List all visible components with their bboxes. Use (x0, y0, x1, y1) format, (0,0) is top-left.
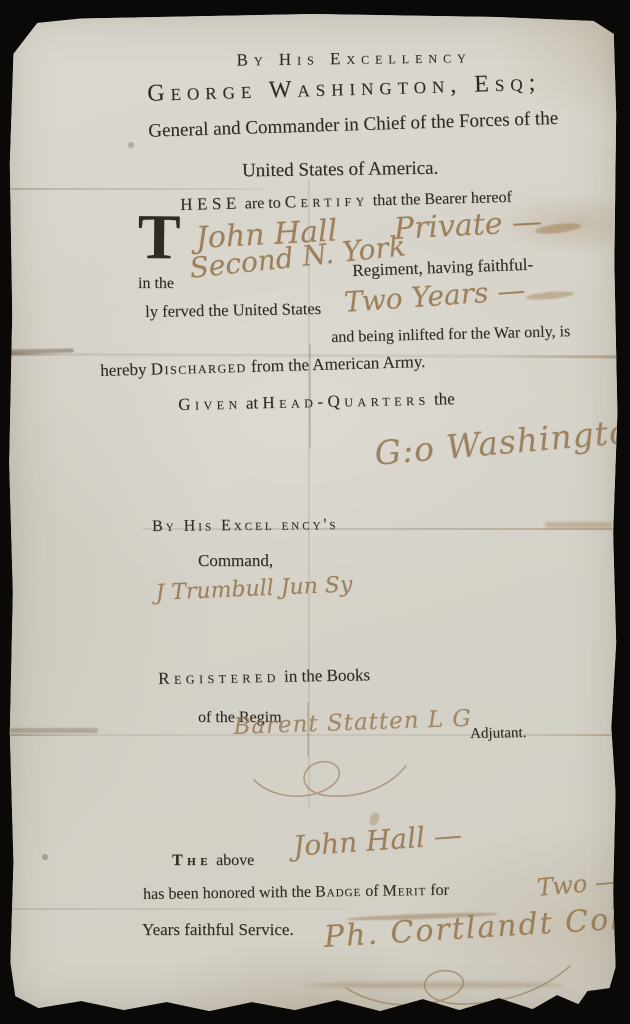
fold-crease-stain (545, 522, 612, 528)
the-word: the (434, 389, 455, 408)
given-word: Given (178, 394, 242, 414)
in-the-label: in the (138, 275, 174, 293)
are-to-text: are to (245, 195, 281, 213)
the-word-badge: The (172, 852, 212, 869)
command-line: Command, (198, 551, 273, 571)
discharged-line: hereby Discharged from the American Army… (100, 352, 426, 381)
george-washington-line: George Washington, Esq; (103, 69, 586, 109)
given-headquarters-line: Given at Head-Quarters the (178, 389, 455, 415)
hese-text: HESE (180, 194, 241, 214)
photograph-background: By His Excellency George Washington, Esq… (0, 0, 630, 1024)
fold-crease (8, 908, 350, 910)
the-above-line: The above (172, 852, 254, 870)
registered-word: Registered (158, 667, 280, 688)
commander-title-line: General and Commander in Chief of the Fo… (108, 107, 598, 144)
badge-duration-entry: Two — (536, 867, 620, 902)
faithful-service-line: Years faithful Service. (142, 920, 294, 940)
united-states-line: United States of America. (200, 157, 480, 183)
fold-crease (8, 188, 264, 190)
adjutant-label: Adjutant. (470, 725, 527, 743)
by-his-excellency-line: By His Excellency (204, 47, 504, 71)
hereby-text: hereby (100, 360, 147, 380)
above-word: above (216, 852, 254, 869)
fold-crease-mark (10, 728, 98, 733)
merit-word: Merit (382, 882, 426, 900)
from-army-text: from the American Army. (251, 352, 426, 376)
discharged-word: Discharged (150, 357, 246, 379)
badge-name-entry: John Hall — (292, 818, 463, 863)
certify-word: Certify (284, 190, 369, 211)
badge-of-merit-line: has been honored with the Badge of Merit… (143, 882, 449, 904)
at-word: at (246, 393, 259, 412)
served-line: ly ferved the United States (145, 299, 321, 322)
war-only-line: and being inlifted for the War only, is (331, 323, 570, 347)
badge-word: Badge (315, 883, 361, 901)
honored-text: has been honored with the (143, 884, 311, 903)
for-word: for (430, 882, 449, 899)
colonel-signature: Ph. Cortlandt Col (323, 902, 623, 955)
fold-crease-mark (10, 348, 74, 353)
secretary-signature: J Trumbull Jun Sy (155, 572, 353, 606)
in-books-text: in the Books (284, 665, 370, 685)
of-word: of (365, 883, 379, 900)
signature-flourish-icon (338, 958, 578, 1010)
discharge-certificate-paper: By His Excellency George Washington, Esq… (8, 14, 618, 1012)
head-quarters-word: Head-Quarters (262, 390, 430, 413)
registered-line: Registered in the Books (158, 665, 370, 689)
bearer-rank-entry: Private — (393, 204, 543, 247)
signature-flourish-icon (248, 750, 413, 808)
drop-cap-t: T (137, 208, 180, 267)
by-his-excellencys-line: By His Excel ency's (152, 516, 339, 536)
paper-spot (42, 854, 48, 860)
washington-signature: G:o Washington (373, 410, 630, 473)
ink-smear (526, 290, 574, 301)
